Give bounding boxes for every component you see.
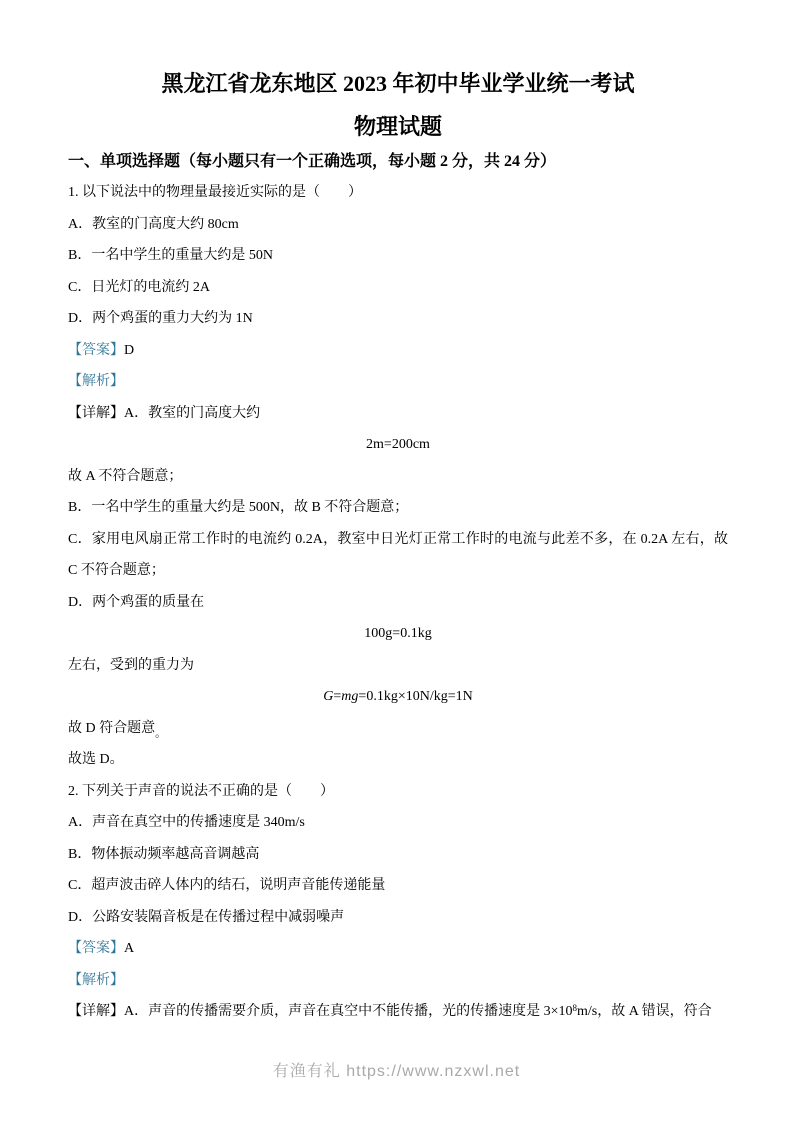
- question-1-choice: 故选 D。: [68, 744, 728, 776]
- text-run: 故 D 符合题意: [68, 721, 155, 736]
- question-2-option-c: C．超声波击碎人体内的结石，说明声音能传递能量: [68, 870, 728, 902]
- question-2-option-a: A．声音在真空中的传播速度是 340m/s: [68, 807, 728, 839]
- text-run: D．两个鸡蛋的重力大约为 1N: [68, 311, 253, 326]
- question-1-option-a: A．教室的门高度大约 80cm: [68, 209, 728, 241]
- question-1-answer: 【答案】D: [68, 335, 728, 367]
- question-1-detail-c: C．家用电风扇正常工作时的电流约 0.2A，教室中日光灯正常工作时的电流与此差不…: [68, 524, 728, 587]
- text-run: D．公路安装隔音板是在传播过程中减弱噪声: [68, 910, 344, 925]
- answer-label: 【解析】: [68, 374, 124, 389]
- question-2-stem: 2. 下列关于声音的说法不正确的是（ ）: [68, 776, 728, 808]
- answer-label: 【答案】: [68, 343, 124, 358]
- text-run: A．声音在真空中的传播速度是 340m/s: [68, 815, 305, 830]
- text-run: 100g=0.1kg: [364, 626, 431, 641]
- question-2-option-d: D．公路安装隔音板是在传播过程中减弱噪声: [68, 902, 728, 934]
- text-run: A．教室的门高度大约 80cm: [68, 217, 239, 232]
- text-run: 。: [155, 727, 166, 739]
- text-run: A: [124, 941, 134, 956]
- text-run: B．一名中学生的重量大约是 500N，故 B 不符合题意；: [68, 500, 408, 515]
- footer-watermark: 有渔有礼 https://www.nzxwl.net: [0, 1058, 793, 1081]
- exam-page: 黑龙江省龙东地区 2023 年初中毕业学业统一考试 物理试题 一、单项选择题（每…: [0, 0, 793, 1122]
- text-run: 故 A 不符合题意；: [68, 469, 182, 484]
- text-run: C．日光灯的电流约 2A: [68, 280, 210, 295]
- question-1-stem: 1. 以下说法中的物理量最接近实际的是（ ）: [68, 177, 728, 209]
- text-run: 2. 下列关于声音的说法不正确的是（ ）: [68, 784, 334, 799]
- text-run: D: [124, 343, 134, 358]
- question-1-detail-b: B．一名中学生的重量大约是 500N，故 B 不符合题意；: [68, 492, 728, 524]
- question-1-analysis-label: 【解析】: [68, 366, 728, 398]
- question-1-option-b: B．一名中学生的重量大约是 50N: [68, 240, 728, 272]
- question-2-option-b: B．物体振动频率越高音调越高: [68, 839, 728, 871]
- question-1-detail-a: 【详解】A．教室的门高度大约: [68, 398, 728, 430]
- question-1-detail-conclusion: 故 D 符合题意。: [68, 713, 728, 745]
- document-subtitle: 物理试题: [68, 112, 728, 142]
- question-2-detail-a: 【详解】A．声音的传播需要介质，声音在真空中不能传播，光的传播速度是 3×108…: [68, 996, 728, 1028]
- text-run: D．两个鸡蛋的质量在: [68, 595, 204, 610]
- text-run: =0.1kg×10N/kg=1N: [358, 689, 472, 704]
- question-1-detail-a2: 故 A 不符合题意；: [68, 461, 728, 493]
- question-2-analysis-label: 【解析】: [68, 965, 728, 997]
- question-1-option-c: C．日光灯的电流约 2A: [68, 272, 728, 304]
- text-run: B．物体振动频率越高音调越高: [68, 847, 259, 862]
- text-run: 左右，受到的重力为: [68, 658, 194, 673]
- question-1-option-d: D．两个鸡蛋的重力大约为 1N: [68, 303, 728, 335]
- answer-label: 【答案】: [68, 941, 124, 956]
- section-heading: 一、单项选择题（每小题只有一个正确选项，每小题 2 分，共 24 分）: [68, 147, 728, 177]
- formula-door-height: 2m=200cm: [68, 429, 728, 461]
- question-2-answer: 【答案】A: [68, 933, 728, 965]
- text-run: 故选 D。: [68, 752, 124, 767]
- text-run: 【详解】A．教室的门高度大约: [68, 406, 260, 421]
- text-run: 2m=200cm: [366, 437, 430, 452]
- formula-gravity: G=mg=0.1kg×10N/kg=1N: [68, 681, 728, 713]
- answer-label: 【解析】: [68, 973, 124, 988]
- text-run: 【详解】A．声音的传播需要介质，声音在真空中不能传播，光的传播速度是 3×10: [68, 1004, 573, 1019]
- question-1-detail-d2: 左右，受到的重力为: [68, 650, 728, 682]
- text-run: 1. 以下说法中的物理量最接近实际的是（ ）: [68, 185, 362, 200]
- text-run: mg: [341, 689, 358, 704]
- text-run: G: [323, 689, 333, 704]
- formula-egg-mass: 100g=0.1kg: [68, 618, 728, 650]
- text-run: C．超声波击碎人体内的结石，说明声音能传递能量: [68, 878, 385, 893]
- question-1-detail-d: D．两个鸡蛋的质量在: [68, 587, 728, 619]
- document-title: 黑龙江省龙东地区 2023 年初中毕业学业统一考试: [68, 69, 728, 99]
- text-run: C．家用电风扇正常工作时的电流约 0.2A，教室中日光灯正常工作时的电流与此差不…: [68, 532, 728, 579]
- text-run: B．一名中学生的重量大约是 50N: [68, 248, 273, 263]
- document-body: 1. 以下说法中的物理量最接近实际的是（ ）A．教室的门高度大约 80cmB．一…: [68, 177, 728, 1028]
- text-run: m/s，故 A 错误，符合: [577, 1004, 712, 1019]
